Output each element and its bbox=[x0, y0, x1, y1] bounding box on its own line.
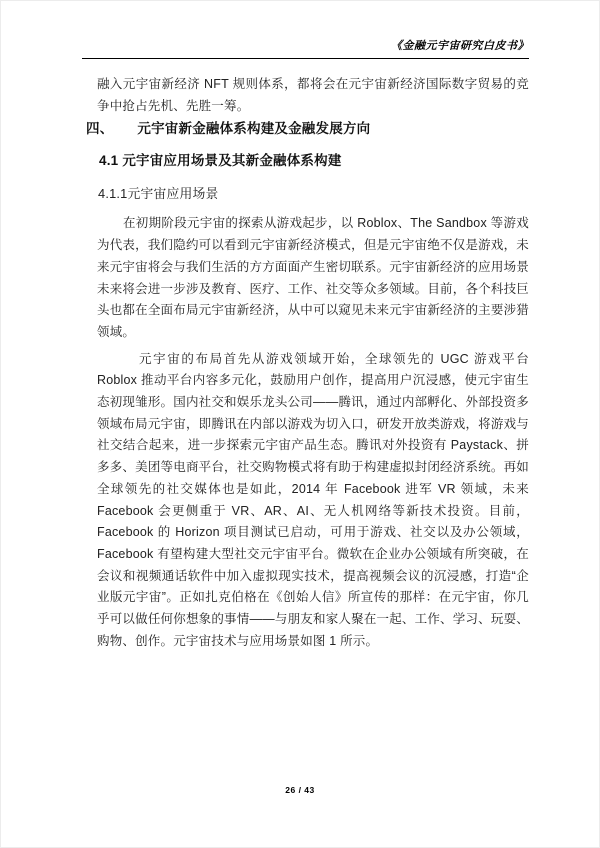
section-heading-number: 四、 bbox=[86, 121, 113, 136]
paragraph-intro: 融入元宇宙新经济 NFT 规则体系，都将会在元宇宙新经济国际数字贸易的竞争中抢占… bbox=[97, 74, 529, 117]
page-number: 26 / 43 bbox=[285, 785, 315, 795]
section-heading: 四、元宇宙新金融体系构建及金融发展方向 bbox=[86, 118, 529, 140]
subsection-heading: 4.1 元宇宙应用场景及其新金融体系构建 bbox=[99, 150, 529, 172]
document-body: 融入元宇宙新经济 NFT 规则体系，都将会在元宇宙新经济国际数字贸易的竞争中抢占… bbox=[97, 74, 529, 652]
section-heading-title: 元宇宙新金融体系构建及金融发展方向 bbox=[137, 121, 370, 136]
page-footer: 26 / 43 bbox=[1, 785, 599, 795]
header-divider bbox=[82, 58, 529, 59]
subsubsection-heading: 4.1.1元宇宙应用场景 bbox=[98, 183, 529, 205]
paragraph-industry-layout: 元宇宙的布局首先从游戏领域开始，全球领先的 UGC 游戏平台 Roblox 推动… bbox=[97, 349, 529, 653]
page-header: 《金融元宇宙研究白皮书》 bbox=[82, 36, 529, 67]
paragraph-application-scenes: 在初期阶段元宇宙的探索从游戏起步，以 Roblox、The Sandbox 等游… bbox=[97, 213, 529, 343]
document-title: 《金融元宇宙研究白皮书》 bbox=[391, 39, 529, 52]
document-page: 《金融元宇宙研究白皮书》 融入元宇宙新经济 NFT 规则体系，都将会在元宇宙新经… bbox=[0, 0, 600, 848]
